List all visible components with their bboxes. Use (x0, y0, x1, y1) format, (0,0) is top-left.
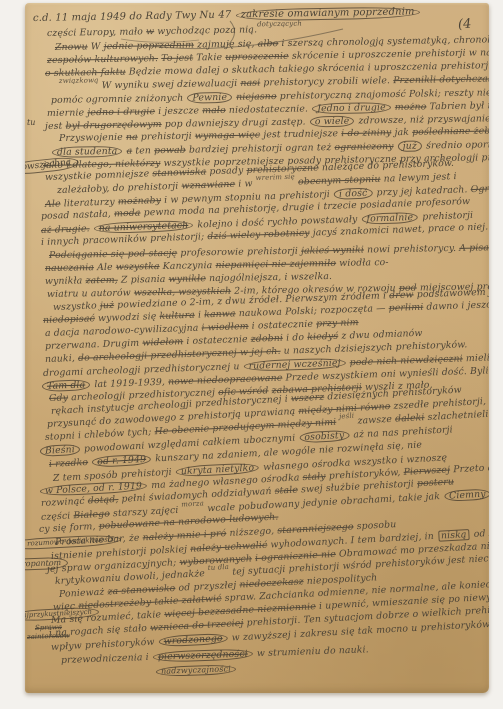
handwriting-segment: związkową (59, 77, 99, 85)
handwriting-segment: ograniczony (334, 141, 393, 153)
handwriting-segment: już (100, 300, 115, 311)
handwritten-line: nauczania Ale wszystka Kanczynia niepami… (45, 258, 389, 273)
handwriting-segment: średnio oporne i (423, 139, 489, 151)
handwriting-segment: od r. 1949 (92, 454, 152, 468)
handwriting-segment: wywodzi się (95, 311, 160, 324)
handwriting-segment: nauczania (45, 262, 94, 274)
handwriting-segment: kultura (159, 310, 195, 322)
handwriting-segment: przewodniczenia i (61, 652, 152, 666)
handwriting-segment: wznieca do trzeciej (150, 618, 244, 634)
handwriting-segment: Tabrien był niezgnuśn (426, 99, 489, 112)
handwriting-segment: Przyswojenie (59, 132, 126, 144)
handwriting-segment: wszystka (116, 261, 160, 273)
handwriting-segment: tu dla (208, 564, 230, 572)
handwriting-segment: Jedno i drugie (312, 102, 391, 115)
handwriting-segment: niższego, (226, 525, 278, 539)
handwriting-segment: posteru (417, 476, 455, 489)
handwriting-segment: pop dawniejszy drugi zastęp. (162, 116, 309, 130)
handwriting-segment: części Europy, mało (47, 26, 146, 39)
handwriting-segment: rozwinąć (41, 496, 88, 509)
handwriting-segment: i do (283, 332, 308, 344)
handwriting-segment: daleki (395, 412, 425, 425)
handwriting-segment: zajmuję się, (194, 38, 258, 50)
handwriting-segment: Podciąganie się pod stację (49, 248, 177, 261)
handwriting-segment: nowi prehistorycy. (364, 243, 459, 256)
handwriting-segment: albo (258, 38, 279, 49)
handwriting-segment (88, 457, 92, 468)
handwriting-segment: stale (274, 485, 298, 497)
handwriting-segment: i do zininy (341, 127, 391, 139)
handwriting-segment: W wyniku swej dziewaluacji (98, 78, 240, 91)
handwriting-segment: Ale (94, 262, 116, 273)
handwriting-segment: niedostatecznie. (226, 103, 312, 115)
handwriting-segment: mieli w (463, 352, 489, 364)
handwriting-segment: przy nim (316, 317, 359, 329)
handwriting-segment: niską (438, 529, 470, 542)
handwriting-segment: W (88, 41, 104, 52)
handwriting-segment: Ponieważ (59, 586, 108, 600)
handwriting-segment: Przeto ani prehi- (450, 460, 489, 475)
handwriting-segment: c.d. 11 maja 1949 (33, 11, 126, 24)
handwriting-segment: niejasno (236, 91, 277, 103)
handwriting-segment: lat 1919-1939, (91, 377, 168, 391)
handwriting-segment: mało (202, 105, 226, 116)
handwriting-segment: A pisania nie (459, 242, 489, 254)
handwriting-segment: do Rady Twy Nu 47 (126, 9, 235, 22)
handwriting-segment: zależałoby, do prehistorji (57, 181, 182, 196)
handwriting-segment: niedopisać (43, 313, 95, 326)
handwriting-segment: i ostatecznie (248, 319, 316, 332)
handwriting-segment: pośledniane żeby (412, 125, 489, 137)
handwriting-segment: Znowu (55, 41, 88, 53)
handwriting-segment: staranniejszego (277, 521, 354, 536)
manuscript-page: (4 c.d. 11 maja 1949 do Rady Twy Nu 47 z… (25, 3, 489, 693)
page-number: (4 (457, 17, 471, 33)
handwriting-segment: wszerz (291, 392, 325, 405)
handwriting-segment: Ogromniało (470, 182, 489, 195)
handwriting-segment: literaturzy (60, 196, 118, 209)
handwriting-segment: wiatru u autorów (47, 287, 134, 300)
handwriting-segment: wychodząc poza nią. (154, 24, 257, 37)
handwriting-segment: i jeszcze (155, 105, 202, 117)
handwriting-segment: wszystko (53, 300, 100, 313)
handwriting-segment: na lewym jest i (380, 171, 456, 185)
margin-note: tu (27, 119, 35, 127)
handwritten-line: nadzwyczajności (155, 664, 237, 677)
handwriting-segment: zakresie omawianym poprzednim (236, 6, 420, 21)
handwriting-segment: profesorowie prehistorji (177, 246, 301, 259)
handwritten-line: c.d. 11 maja 1949 do Rady Twy Nu 47 zakr… (33, 6, 421, 25)
handwriting-segment: Bieśni (40, 444, 80, 457)
handwriting-segment: miernie (47, 107, 88, 119)
handwriting-segment: już (398, 141, 422, 153)
handwriting-segment: dotyczących (257, 21, 302, 29)
handwriting-segment: zawsze (354, 414, 395, 427)
handwriting-segment: od Europy nic nie przeszkadzało (470, 521, 489, 540)
handwriting-segment: jedno i drugie (87, 106, 155, 118)
handwriting-segment: w strumieniu do nauki. (254, 644, 369, 659)
handwriting-segment: Tam dla (42, 379, 91, 392)
handwriting-segment: dawno i jeszcze nie (423, 298, 489, 312)
handwriting-segment: Takie (193, 52, 225, 64)
handwriting-segment: przerwana. Drugim (45, 338, 143, 352)
handwriting-segment: aż na nas prehistorji (350, 424, 453, 440)
handwriting-segment: obecnym stopniu (298, 174, 381, 188)
handwriting-segment: prehistoryczną znajomość Polski; reszty … (277, 87, 489, 102)
handwriting-segment: szlachetnieli (424, 409, 489, 423)
handwriting-segment: zdrowsze, niż przyswajanie prehistorji, (355, 112, 489, 126)
handwriting-segment: morza (181, 500, 204, 508)
handwriting-segment: powab (154, 145, 186, 157)
handwriting-segment: kiedyś (307, 331, 338, 343)
handwriting-segment: części (41, 510, 74, 523)
handwriting-segment: jest trudniejsze (260, 128, 341, 140)
handwriting-segment: cy się form, (39, 521, 99, 535)
handwriting-segment: jest (45, 121, 66, 132)
handwriting-segment: wynikła (45, 275, 86, 287)
handwriting-segment: wznawiane (181, 179, 235, 192)
handwriting-segment: prehistorycy zrobili wiele. (260, 75, 393, 88)
handwriting-segment: Ciemny (444, 488, 489, 502)
handwriting-segment: uproszczenie (225, 51, 289, 63)
handwriting-segment: Białego (73, 508, 110, 521)
handwriting-segment: najogólniejsza, i wszelka. (206, 271, 332, 284)
scan-background: (4 c.d. 11 maja 1949 do Rady Twy Nu 47 z… (0, 0, 503, 709)
handwriting-segment: możno (395, 101, 427, 113)
handwriting-segment: posad nastała, (41, 208, 114, 222)
handwriting-segment: Kanczynia (160, 260, 216, 272)
handwriting-segment: i ostatecznie (183, 334, 251, 347)
handwriting-segment: jakieś wyniki (301, 245, 364, 257)
handwriting-segment: Pewnie (187, 92, 232, 104)
handwriting-segment: i dość (334, 188, 373, 201)
handwriting-segment: i rzadko (49, 457, 89, 470)
handwriting-segment: i wiodłem (201, 321, 248, 334)
handwriting-segment: widełom (142, 336, 183, 348)
handwriting-segment: i w (235, 178, 256, 190)
handwriting-segment: możnaby (118, 195, 161, 207)
handwriting-segment: dziś wielcy robotnicy (207, 228, 310, 243)
handwriting-segment: nauki, (45, 353, 78, 365)
handwriting-segment: pomóc ogromnie zniżonych (51, 93, 187, 106)
handwriting-segment: należy mnie i pró (142, 528, 226, 543)
margin-note: Sprawa (35, 624, 62, 632)
handwriting-segment: o wiele (310, 116, 355, 128)
handwriting-segment: zdobni (251, 333, 284, 345)
handwritten-line: części Europy, mało w wychodząc poza nią… (47, 25, 302, 39)
handwriting-segment: wrerim się (255, 174, 294, 182)
handwriting-segment: Z pisania (118, 274, 169, 286)
handwriting-segment: jeśli (339, 413, 354, 421)
handwriting-segment: To jest (161, 52, 193, 64)
handwriting-segment: Gdy (49, 392, 68, 404)
handwriting-segment: w (146, 26, 154, 37)
handwriting-segment: pierwszorzędności (153, 648, 253, 663)
handwriting-segment: zespołów kulturowych. (47, 53, 158, 66)
handwriting-segment: aż drugie. (41, 223, 90, 236)
handwriting-segment: wymaga więc (195, 129, 260, 141)
handwriting-segment: nasi (240, 77, 260, 88)
handwriting-segment: Przenikli dotychczas niejednych (393, 72, 489, 86)
handwriting-segment: sposobu (353, 519, 396, 532)
handwriting-segment: dla studenta (52, 146, 123, 159)
handwriting-segment: wrodzonego (158, 633, 227, 648)
handwriting-segment: stanowiska (152, 166, 206, 179)
handwriting-segment: był drugorzędowym (66, 119, 162, 132)
handwriting-segment: zatem, (85, 275, 118, 287)
handwriting-segment: jak (391, 127, 412, 138)
handwriting-segment: niepamięci nie zajemniło (215, 258, 336, 271)
handwriting-segment: osobisty (299, 430, 349, 444)
handwriting-segment: bardziej prehistorji ogran też (186, 142, 335, 156)
handwriting-segment: drew (389, 289, 414, 301)
margin-note: zainteresów (27, 633, 70, 641)
handwriting-segment: jednie poprzednim (104, 40, 195, 53)
handwriting-segment: prehistorji (419, 210, 473, 223)
handwriting-segment: wynikłe (168, 273, 206, 285)
handwriting-segment: prehistorji (138, 131, 195, 143)
handwriting-segment: perlimi (388, 302, 423, 314)
handwriting-segment: kanwa (204, 308, 236, 320)
handwriting-segment: skrócenie i uproszczenie prehistorji w n… (289, 47, 489, 62)
handwriting-segment: wiodła co- (336, 257, 389, 269)
handwriting-segment: Ale (45, 198, 61, 210)
handwriting-segment: na (126, 132, 138, 143)
handwriting-segment: z dwu odmianów (338, 328, 423, 342)
handwriting-segment: wszystkie pomniejsze (45, 168, 153, 183)
handwriting-segment: posady (206, 165, 247, 177)
handwriting-segment: moda (114, 208, 141, 220)
handwriting-segment: dotąd, (88, 494, 119, 507)
handwriting-segment: nadzwyczajności (156, 664, 236, 677)
handwriting-segment: a (126, 146, 132, 157)
handwriting-segment: stały (302, 471, 326, 483)
handwriting-segment: ten (132, 145, 154, 156)
